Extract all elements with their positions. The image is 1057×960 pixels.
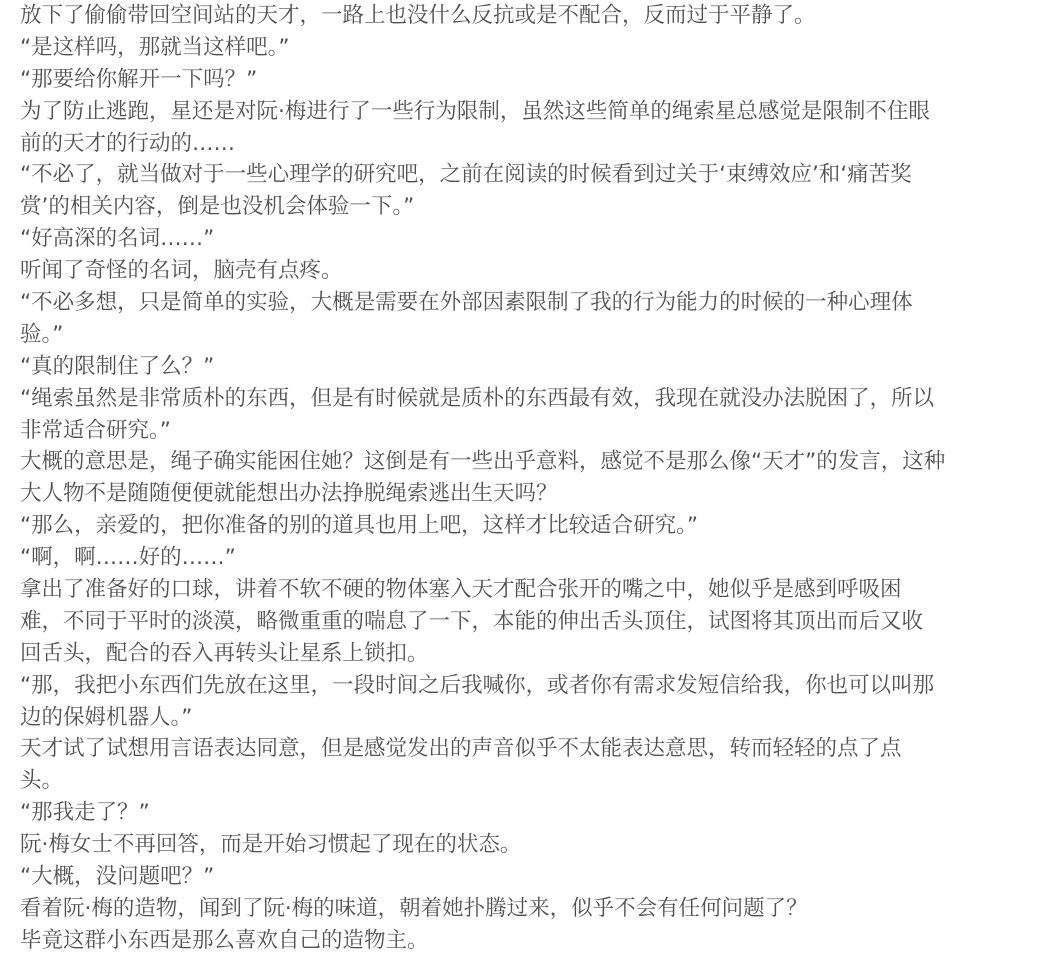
text-line: 毕竟这群小东西是那么喜欢自己的造物主。 — [20, 925, 1050, 957]
text-line: “啊，啊……好的……” — [20, 542, 1050, 574]
text-line: “真的限制住了么？” — [20, 351, 1050, 383]
text-line: “是这样吗，那就当这样吧。” — [20, 32, 1050, 64]
text-line: 赏’的相关内容，倒是也没机会体验一下。” — [20, 191, 1050, 223]
text-line: 听闻了奇怪的名词，脑壳有点疼。 — [20, 255, 1050, 287]
text-line: “那我走了？” — [20, 797, 1050, 829]
text-line: “那么，亲爱的，把你准备的别的道具也用上吧，这样才比较适合研究。” — [20, 510, 1050, 542]
text-line: 天才试了试想用言语表达同意，但是感觉发出的声音似乎不太能表达意思，转而轻轻的点了… — [20, 733, 1050, 765]
text-line: “绳索虽然是非常质朴的东西，但是有时候就是质朴的东西最有效，我现在就没办法脱困了… — [20, 383, 1050, 415]
document-body: 放下了偷偷带回空间站的天才，一路上也没什么反抗或是不配合，反而过于平静了。 “是… — [20, 0, 1050, 957]
text-line: 头。 — [20, 765, 1050, 797]
text-line: “不必多想，只是简单的实验，大概是需要在外部因素限制了我的行为能力的时候的一种心… — [20, 287, 1050, 319]
text-line: “那，我把小东西们先放在这里，一段时间之后我喊你，或者你有需求发短信给我，你也可… — [20, 670, 1050, 702]
text-line: 阮·梅女士不再回答，而是开始习惯起了现在的状态。 — [20, 829, 1050, 861]
text-line: “那要给你解开一下吗？” — [20, 64, 1050, 96]
text-line: 难，不同于平时的淡漠，略微重重的喘息了一下，本能的伸出舌头顶住，试图将其顶出而后… — [20, 606, 1050, 638]
text-line: 前的天才的行动的…… — [20, 128, 1050, 160]
text-line: 大概的意思是，绳子确实能困住她？这倒是有一些出乎意料，感觉不是那么像“天才”的发… — [20, 446, 1050, 478]
text-line: 回舌头，配合的吞入再转头让星系上锁扣。 — [20, 638, 1050, 670]
text-line: 边的保姆机器人。” — [20, 702, 1050, 734]
text-line: 非常适合研究。” — [20, 415, 1050, 447]
text-line: “好高深的名词……” — [20, 223, 1050, 255]
text-line: 放下了偷偷带回空间站的天才，一路上也没什么反抗或是不配合，反而过于平静了。 — [20, 0, 1050, 32]
text-line: 验。” — [20, 319, 1050, 351]
text-line: 拿出了准备好的口球，讲着不软不硬的物体塞入天才配合张开的嘴之中，她似乎是感到呼吸… — [20, 574, 1050, 606]
text-line: 为了防止逃跑，星还是对阮·梅进行了一些行为限制，虽然这些简单的绳索星总感觉是限制… — [20, 96, 1050, 128]
text-line: 看着阮·梅的造物，闻到了阮·梅的味道，朝着她扑腾过来，似乎不会有任何问题了？ — [20, 893, 1050, 925]
text-line: 大人物不是随随便便就能想出办法挣脱绳索逃出生天吗？ — [20, 478, 1050, 510]
text-line: “大概，没问题吧？” — [20, 861, 1050, 893]
text-line: “不必了，就当做对于一些心理学的研究吧，之前在阅读的时候看到过关于‘束缚效应’和… — [20, 159, 1050, 191]
